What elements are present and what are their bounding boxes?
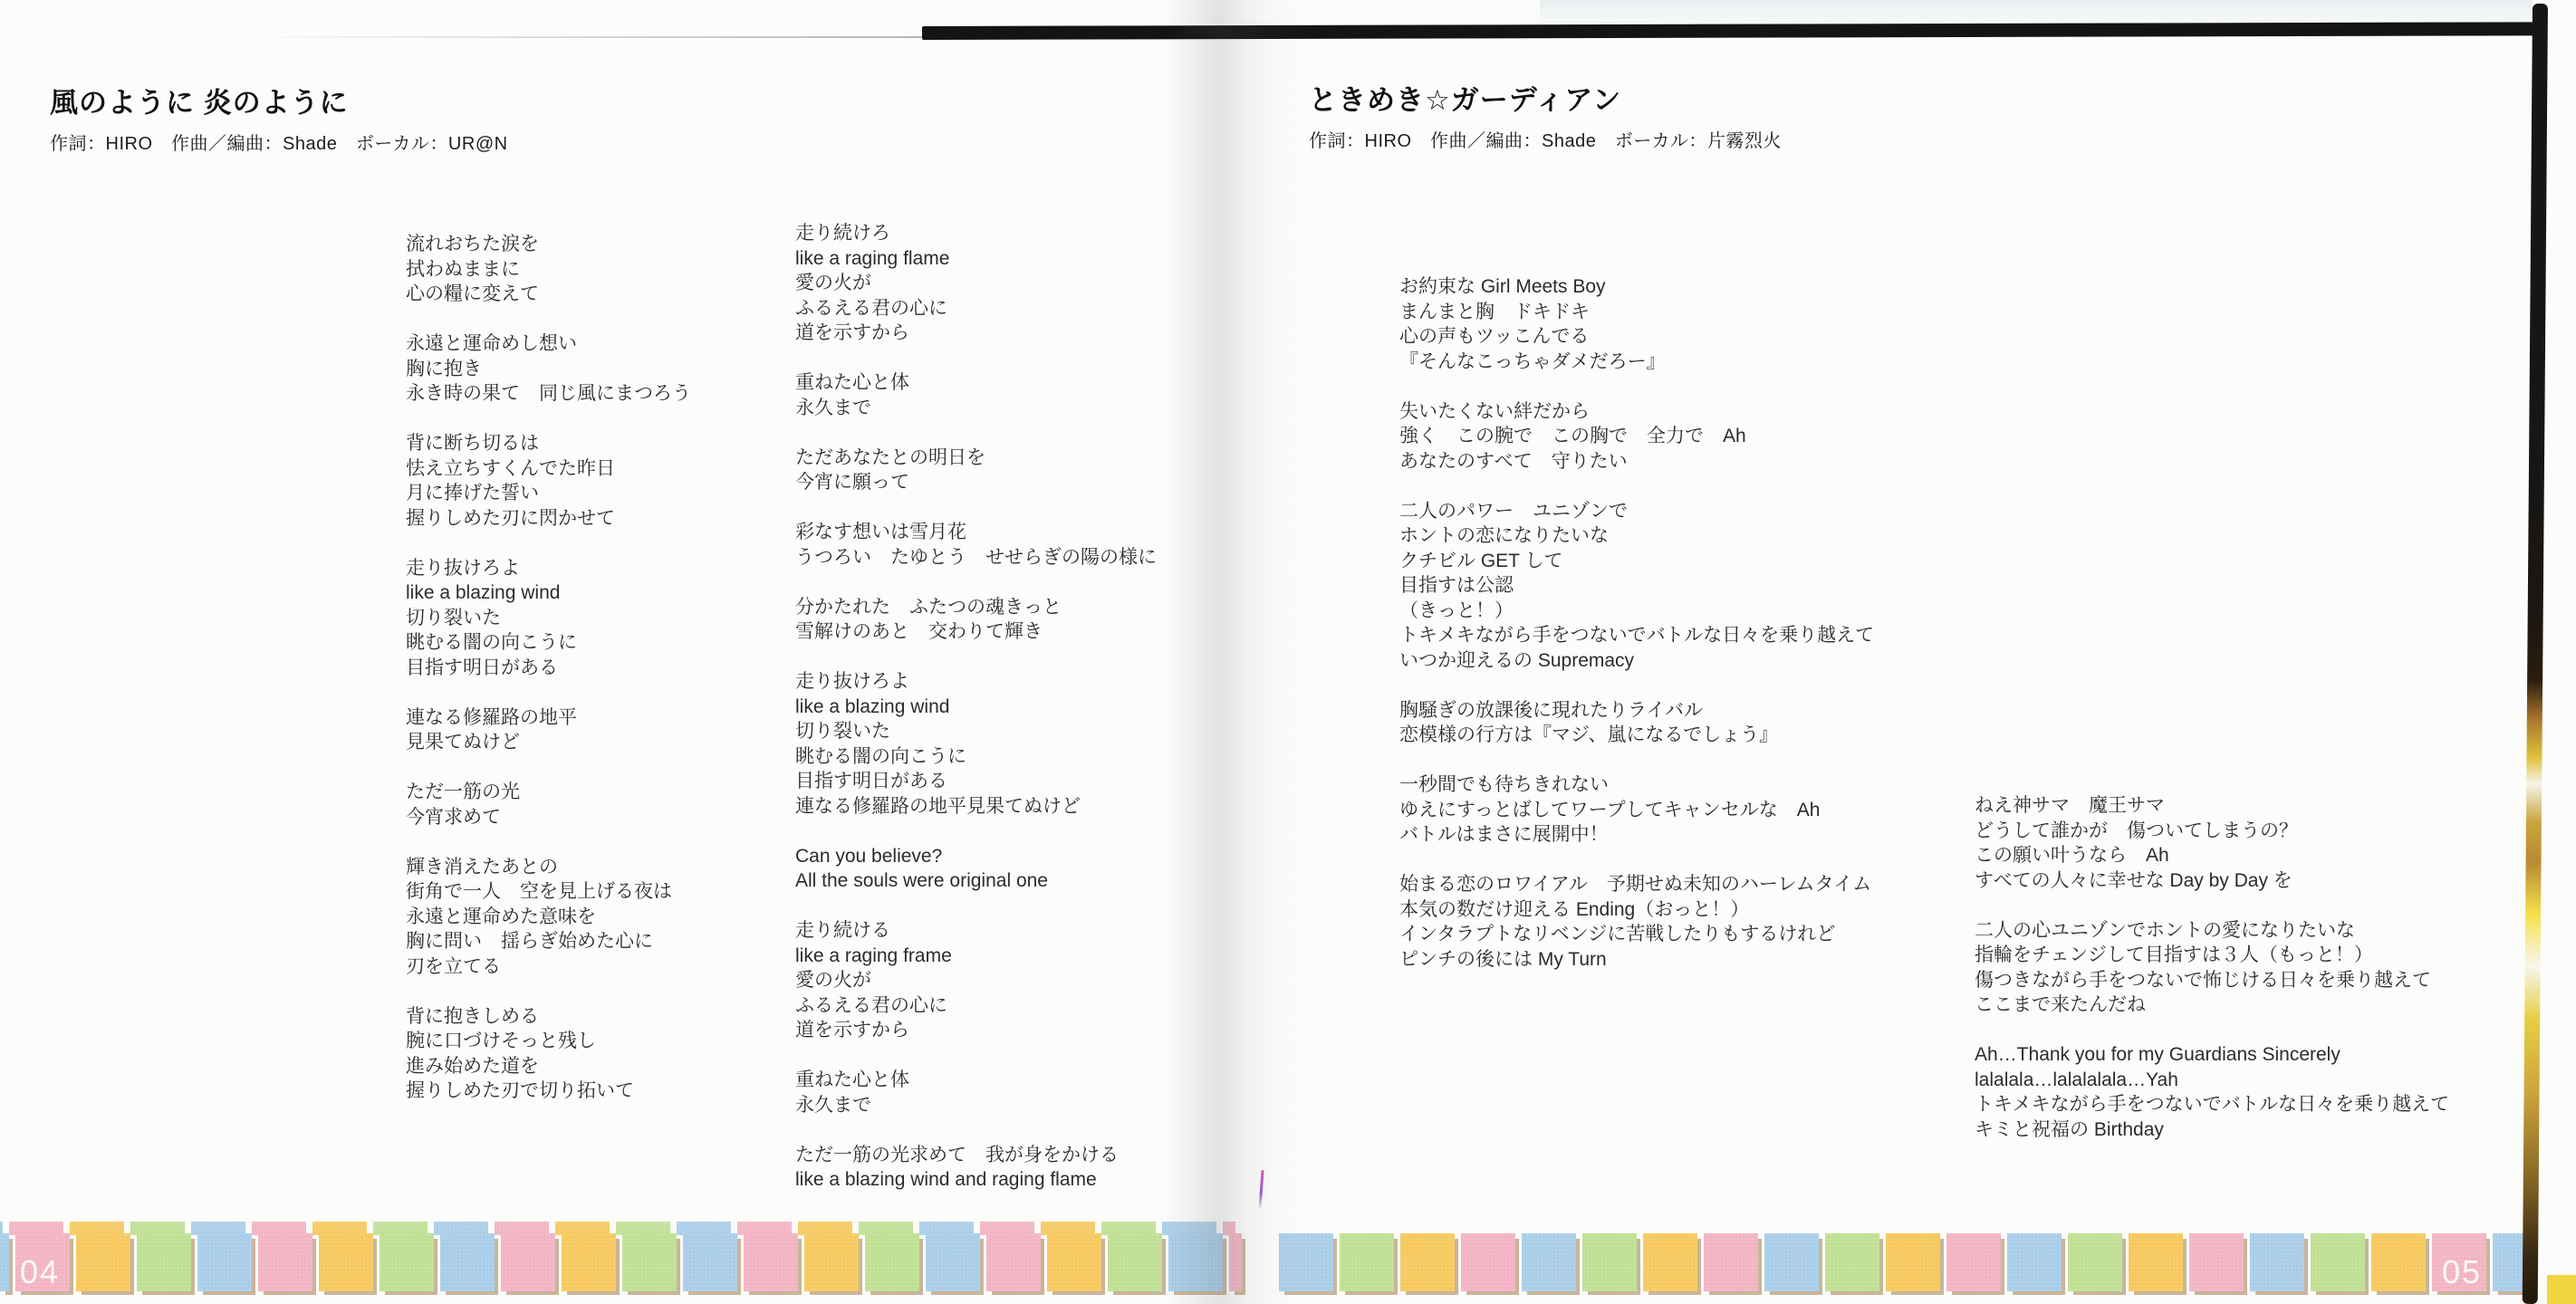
stanza: 永遠と運命めし想い胸に抱き永き時の果て 同じ風にまつろう [406, 331, 691, 407]
stanza: 重ねた心と体永久まで [795, 370, 1157, 420]
pattern-square-green [1582, 1233, 1637, 1291]
stanza: 始まる恋のロワイアル 予期せぬ未知のハーレムタイム本気の数だけ迎える Endin… [1399, 872, 1874, 972]
lyric-line: ただ一筋の光 [406, 780, 691, 805]
pattern-square-blue [1279, 1233, 1333, 1291]
corner-pattern-fragment [2547, 1275, 2576, 1304]
lyric-line: 連なる修羅路の地平 [406, 705, 691, 731]
lyric-line: 走り続けろ [795, 221, 1157, 246]
pattern-square-pink [744, 1233, 798, 1291]
lyric-line: トキメキながら手をつないでバトルな日々を乗り越えて [1399, 623, 1874, 648]
page-number: 05 [2442, 1256, 2482, 1289]
lyric-line: ゆえにすっとばしてワープしてキャンセルな Ah [1399, 798, 1874, 823]
lyric-line: 眺むる闇の向こうに [406, 630, 691, 656]
page-title: 風のように 炎のように [50, 80, 508, 120]
lyric-line: 走り続ける [795, 918, 1157, 944]
pattern-square-green [380, 1233, 434, 1291]
pattern-square-pink [986, 1233, 1041, 1291]
pattern-square-pink [1461, 1233, 1515, 1291]
lyric-line: 月に捧げた誓い [406, 481, 691, 506]
pattern-square-yellow [2129, 1233, 2183, 1291]
pattern-square-blue [197, 1233, 252, 1291]
lyric-line: 重ねた心と体 [795, 1068, 1157, 1093]
stanza: ただあなたとの明日を今宵に願って [795, 446, 1157, 495]
stanza: ねえ神サマ 魔王サマどうして誰かが 傷ついてしまうの？この願い叶うなら Ahすべ… [1975, 793, 2449, 893]
stanza: 走り続けろlike a raging flame愛の火がふるえる君の心に道を示す… [795, 221, 1157, 346]
lyric-line: like a raging frame [795, 944, 1157, 969]
page-number: 04 [20, 1256, 60, 1289]
lyric-line: インタラプトなリベンジに苦戦したりもするけれど [1399, 922, 1874, 947]
pattern-square-pink: 05 [2432, 1233, 2486, 1291]
lyric-line: 始まる恋のロワイアル 予期せぬ未知のハーレムタイム [1399, 872, 1874, 897]
stanza: 二人のパワー ユニゾンでホントの恋になりたいなクチビル GET して目指すは公認… [1399, 499, 1874, 674]
pattern-square-green [137, 1233, 191, 1291]
lyric-line: All the souls were original one [795, 868, 1157, 894]
pattern-square-yellow [76, 1233, 130, 1291]
top-page-edge-line [235, 36, 924, 38]
lyric-line: ホントの恋になりたいな [1399, 523, 1874, 549]
lyric-line: まんまと胸 ドキドキ [1399, 300, 1874, 325]
pattern-square-yellow [319, 1233, 373, 1291]
pattern-square-blue [440, 1233, 495, 1291]
lyric-line: あなたのすべて 守りたい [1399, 449, 1874, 475]
lyric-line: うつろい たゆとう せせらぎの陽の様に [795, 545, 1157, 570]
lyric-line: 分かたれた ふたつの魂きっと [795, 595, 1157, 620]
lyric-line: 走り抜けろよ [795, 669, 1157, 695]
lyric-line: いつか迎えるの Supremacy [1399, 648, 1874, 674]
lyric-line: 永き時の果て 同じ風にまつろう [406, 381, 691, 407]
lyric-line: 流れおちた涙を [406, 232, 691, 257]
lyric-line: 雪解けのあと 交わりて輝き [795, 619, 1157, 645]
lyric-line: 道を示すから [795, 1018, 1157, 1043]
footer-pattern-strip-right: 05 [1279, 1233, 2523, 1291]
lyric-line: 永久まで [795, 396, 1157, 421]
lyric-line: 彩なす想いは雪月花 [795, 520, 1157, 545]
lyric-line: 怯え立ちすくんでた昨日 [406, 456, 691, 482]
lyric-line: 強く この腕で この胸で 全力で Ah [1399, 424, 1874, 449]
stanza: 重ねた心と体永久まで [795, 1068, 1157, 1117]
stanza: 流れおちた涙を拭わぬままに心の糧に変えて [406, 232, 691, 307]
lyric-line: 今宵求めて [406, 805, 691, 830]
pattern-square-green [622, 1233, 677, 1291]
stanza: 背に断ち切るは怯え立ちすくんでた昨日月に捧げた誓い握りしめた刃に閃かせて [406, 431, 691, 531]
lyric-line: 連なる修羅路の地平見果てぬけど [795, 794, 1157, 820]
lyric-line: ピンチの後には My Turn [1399, 947, 1874, 973]
lyric-line: 傷つきながら手をつないで怖じける日々を乗り越えて [1975, 968, 2449, 993]
pattern-square-yellow [2371, 1233, 2426, 1291]
stanza: 分かたれた ふたつの魂きっと雪解けのあと 交わりて輝き [795, 595, 1157, 645]
lyric-line: 失いたくない絆だから [1399, 399, 1874, 425]
stanza: 彩なす想いは雪月花うつろい たゆとう せせらぎの陽の様に [795, 520, 1157, 570]
lyric-line: （きっと！） [1399, 599, 1874, 624]
pattern-square-pink: 04 [15, 1233, 70, 1291]
credits: 作詞：HIRO 作曲／編曲：Shade ボーカル：UR@N [50, 129, 508, 155]
lyrics-column: 走り続けろlike a raging flame愛の火がふるえる君の心に道を示す… [795, 221, 1157, 1217]
lyric-line: 永遠と運命めた意味を [406, 905, 691, 930]
lyric-line: 見果てぬけど [406, 730, 691, 755]
stanza: Can you believe?All the souls were origi… [795, 844, 1157, 894]
pattern-square-blue [0, 1233, 9, 1291]
right-page-header: ときめき☆ガーディアン 作詞：HIRO 作曲／編曲：Shade ボーカル：片霧烈… [1309, 77, 1782, 152]
stanza: 一秒間でも待ちきれないゆえにすっとばしてワープしてキャンセルな Ahバトルはまさ… [1399, 772, 1874, 848]
lyric-line: 『そんなこっちゃダメだろー』 [1399, 350, 1874, 375]
lyric-line: ねえ神サマ 魔王サマ [1975, 793, 2449, 819]
stanza: ただ一筋の光今宵求めて [406, 780, 691, 829]
lyric-line: 輝き消えたあとの [406, 855, 691, 880]
pattern-square-yellow [804, 1233, 859, 1291]
lyrics-column: お約束な Girl Meets Boyまんまと胸 ドキドキ心の声もツッこんでる『… [1399, 274, 1874, 997]
pattern-square-yellow [562, 1233, 616, 1291]
pattern-square-pink [1229, 1233, 1242, 1291]
lyric-line: 一秒間でも待ちきれない [1399, 772, 1874, 798]
pattern-square-green [2311, 1233, 2365, 1291]
pattern-square-blue [2493, 1233, 2523, 1291]
left-page-header: 風のように 炎のように 作詞：HIRO 作曲／編曲：Shade ボーカル：UR@… [50, 80, 508, 155]
lyric-line: お約束な Girl Meets Boy [1399, 274, 1874, 300]
lyric-line: 切り裂いた [795, 719, 1157, 744]
pattern-square-blue [1168, 1233, 1223, 1291]
stanza: 背に抱きしめる腕に口づけそっと残し進み始めた道を握りしめた刃で切り拓いて [406, 1004, 691, 1104]
pattern-square-blue [2007, 1233, 2062, 1291]
pattern-square-pink [501, 1233, 555, 1291]
lyric-line: 街角で一人 空を見上げる夜は [406, 879, 691, 905]
lyric-line: 恋模様の行方は『マジ、嵐になるでしょう』 [1399, 723, 1874, 748]
lyric-line: ただ一筋の光求めて 我が身をかける [795, 1143, 1157, 1168]
lyric-line: トキメキながら手をつないでバトルな日々を乗り越えて [1975, 1092, 2449, 1117]
center-fold-shadow [1164, 0, 1309, 1304]
lyric-line: 本気の数だけ迎える Ending（おっと！） [1399, 897, 1874, 923]
pattern-square-pink [2189, 1233, 2244, 1291]
pattern-square-blue [2250, 1233, 2304, 1291]
lyric-line: 目指す明日がある [795, 769, 1157, 794]
top-page-edge-band [922, 22, 2534, 40]
stanza: 連なる修羅路の地平見果てぬけど [406, 705, 691, 755]
pattern-square-blue [683, 1233, 737, 1291]
pattern-square-pink [1946, 1233, 2001, 1291]
lyric-line: 胸に抱き [406, 357, 691, 382]
lyric-line: 腕に口づけそっと残し [406, 1029, 691, 1054]
lyric-line: キミと祝福の Birthday [1975, 1117, 2449, 1143]
lyric-line: 切り裂いた [406, 606, 691, 631]
lyric-line: 胸に問い 揺らぎ始めた心に [406, 929, 691, 954]
pattern-square-green [1340, 1233, 1394, 1291]
pattern-square-pink [1704, 1233, 1758, 1291]
lyric-line: 走り抜けろよ [406, 556, 691, 581]
lyric-line: 眺むる闇の向こうに [795, 744, 1157, 770]
pattern-square-blue [1522, 1233, 1576, 1291]
lyric-line: like a blazing wind [795, 695, 1157, 720]
lyric-line: 今宵に願って [795, 470, 1157, 495]
pattern-square-green [2068, 1233, 2122, 1291]
lyric-line: Can you believe? [795, 844, 1157, 869]
lyric-line: すべての人々に幸せな Day by Day を [1975, 868, 2449, 894]
lyric-line: like a blazing wind and raging flame [795, 1167, 1157, 1193]
lyric-line: 心の声もツッこんでる [1399, 324, 1874, 350]
footer-pattern-strip-left: 04 [0, 1233, 1242, 1291]
lyric-line: ふるえる君の心に [795, 993, 1157, 1019]
scan-artifact [1258, 1170, 1264, 1210]
stanza: 走り抜けろよlike a blazing wind切り裂いた眺むる闇の向こうに目… [406, 556, 691, 681]
lyric-line: 道を示すから [795, 321, 1157, 346]
lyric-line: ここまで来たんだね [1975, 992, 2449, 1018]
lyric-line: 進み始めた道を [406, 1054, 691, 1079]
stanza: お約束な Girl Meets Boyまんまと胸 ドキドキ心の声もツッこんでる『… [1399, 274, 1874, 374]
stanza: 二人の心ユニゾンでホントの愛になりたいな指輪をチェンジして目指すは３人（もっと！… [1975, 918, 2449, 1018]
stanza: 失いたくない絆だから強く この腕で この胸で 全力で Ahあなたのすべて 守りた… [1399, 399, 1874, 475]
lyrics-column: ねえ神サマ 魔王サマどうして誰かが 傷ついてしまうの？この願い叶うなら Ahすべ… [1975, 793, 2449, 1167]
lyric-line: 目指すは公認 [1399, 573, 1874, 599]
stanza: 走り続けるlike a raging frame愛の火がふるえる君の心に道を示す… [795, 918, 1157, 1043]
lyric-line: 握りしめた刃に閃かせて [406, 506, 691, 532]
stanza: 胸騒ぎの放課後に現れたりライバル恋模様の行方は『マジ、嵐になるでしょう』 [1399, 698, 1874, 748]
lyric-line: ただあなたとの明日を [795, 446, 1157, 471]
pattern-square-green [865, 1233, 919, 1291]
pattern-square-yellow [1400, 1233, 1455, 1291]
lyric-line: 拭わぬままに [406, 257, 691, 283]
pattern-square-yellow [1886, 1233, 1940, 1291]
lyric-line: like a raging flame [795, 246, 1157, 272]
lyric-line: 刃を立てる [406, 954, 691, 980]
pattern-square-yellow [1047, 1233, 1101, 1291]
lyric-line: lalalala…lalalalala…Yah [1975, 1068, 2449, 1093]
lyric-line: 目指す明日がある [406, 656, 691, 681]
lyric-line: ふるえる君の心に [795, 296, 1157, 321]
pattern-square-pink [258, 1233, 312, 1291]
lyric-line: Ah…Thank you for my Guardians Sincerely [1975, 1042, 2449, 1068]
lyric-line: like a blazing wind [406, 580, 691, 606]
lyric-line: バトルはまさに展開中！ [1399, 822, 1874, 848]
lyric-line: 心の糧に変えて [406, 282, 691, 307]
pattern-square-green [1825, 1233, 1879, 1291]
lyric-line: 永遠と運命めし想い [406, 331, 691, 357]
right-booklet-edge [2523, 4, 2548, 1304]
credits: 作詞：HIRO 作曲／編曲：Shade ボーカル：片霧烈火 [1309, 126, 1782, 152]
pattern-square-blue [926, 1233, 980, 1291]
lyric-line: 二人のパワー ユニゾンで [1399, 499, 1874, 524]
stanza: 走り抜けろよlike a blazing wind切り裂いた眺むる闇の向こうに目… [795, 669, 1157, 819]
lyric-line: 胸騒ぎの放課後に現れたりライバル [1399, 698, 1874, 724]
stanza: ただ一筋の光求めて 我が身をかけるlike a blazing wind and… [795, 1143, 1157, 1193]
lyric-line: どうして誰かが 傷ついてしまうの？ [1975, 819, 2449, 844]
lyric-line: 愛の火が [795, 968, 1157, 993]
stanza: Ah…Thank you for my Guardians Sincerelyl… [1975, 1042, 2449, 1142]
lyric-line: 指輪をチェンジして目指すは３人（もっと！） [1975, 943, 2449, 968]
pattern-square-yellow [1643, 1233, 1697, 1291]
page-title: ときめき☆ガーディアン [1309, 77, 1782, 118]
pattern-square-green [1108, 1233, 1162, 1291]
lyric-line: 握りしめた刃で切り拓いて [406, 1079, 691, 1104]
lyrics-column: 流れおちた涙を拭わぬままに心の糧に変えて永遠と運命めし想い胸に抱き永き時の果て … [406, 232, 691, 1128]
stanza: 輝き消えたあとの街角で一人 空を見上げる夜は永遠と運命めた意味を胸に問い 揺らぎ… [406, 855, 691, 980]
lyric-line: この願い叶うなら Ah [1975, 843, 2449, 868]
lyric-line: 重ねた心と体 [795, 370, 1157, 396]
pattern-square-blue [1764, 1233, 1819, 1291]
lyric-line: 背に断ち切るは [406, 431, 691, 456]
lyric-line: 愛の火が [795, 271, 1157, 296]
lyric-line: 二人の心ユニゾンでホントの愛になりたいな [1975, 918, 2449, 944]
lyric-line: 永久まで [795, 1093, 1157, 1118]
lyric-line: クチビル GET して [1399, 549, 1874, 574]
lyric-line: 背に抱きしめる [406, 1004, 691, 1030]
